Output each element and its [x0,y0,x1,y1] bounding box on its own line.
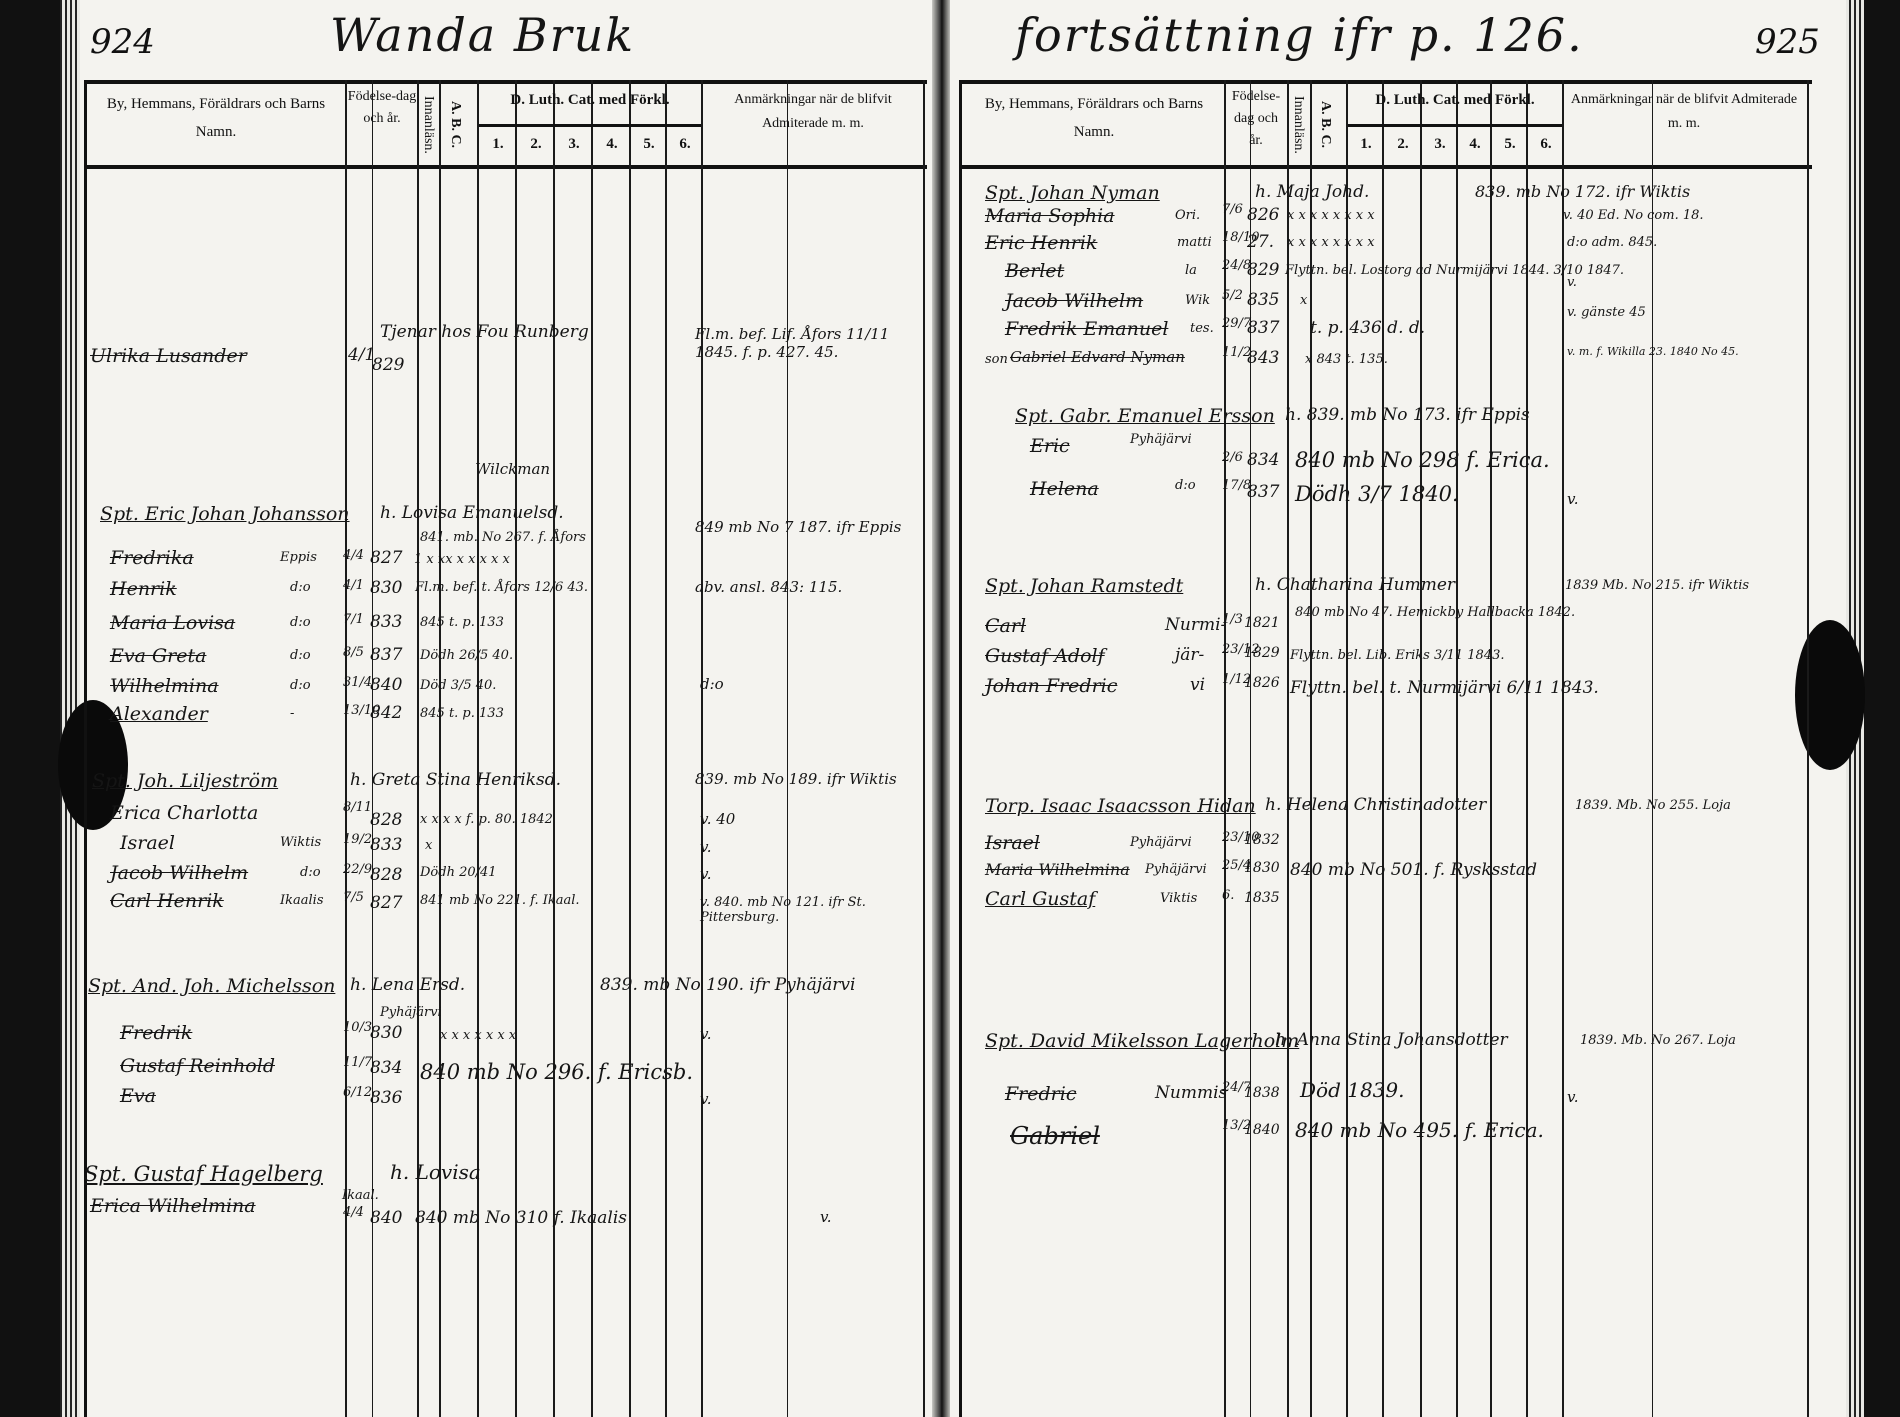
header-cat-1: 1. [479,136,517,153]
column-rule [1382,80,1384,1417]
birth-year: 834 [370,1058,402,1078]
entry-remark: 839. mb No 190. ifr Pyhäjärvi [600,975,855,995]
header-birth: Födelse-dag och år. [347,86,417,130]
entry-village: - [290,706,294,721]
entry-remark: v. [700,865,711,883]
entry-remark: v. [700,1090,711,1108]
entry-spouse: h. Lovisa [390,1160,481,1184]
header-cat-6: 6. [1528,136,1564,153]
column-rule [787,80,788,1417]
column-rule [1652,80,1653,1417]
entry-remark: 839. mb No 189. ifr Wiktis [695,770,915,788]
birth-year: 840 [370,1208,402,1228]
birth-day: 4/4 [343,548,364,563]
entry-village: Pyhäjärvi [1130,432,1192,447]
header-catechism: D. Luth. Cat. med Förkl. [1348,92,1562,109]
entry-village: jär- [1175,645,1204,665]
entry-remark: Fl.m. bef. Lif. Åfors 11/11 1845. f. p. … [695,325,915,361]
entry-village: Wik [1185,293,1210,308]
entry-marks: 840 mb No 47. Hemickby Hallbacka 1842. [1295,605,1575,620]
entry-marks: Flyttn. bel. Lib. Eriks 3/11 1843. [1290,648,1505,663]
column-rule [1807,80,1809,1417]
entry-marks: 1839. Mb. No 255. Loja [1575,798,1731,813]
column-rule [629,80,631,1417]
entry-village: Wiktis [280,835,321,850]
birth-year: 826 [1247,205,1279,225]
birth-day: 7/6 [1222,202,1243,217]
entry-name: Gabriel [1010,1122,1100,1150]
entry-name: Alexander [110,703,208,725]
entry-remark: d:o adm. 845. [1567,235,1657,250]
entry-marks: 840 mb No 298 f. Erica. [1295,448,1550,472]
birth-day: 6. [1222,888,1234,903]
birth-day: 4/4 [343,1205,364,1220]
entry-name: Israel [120,832,175,854]
entry-head: Spt. And. Joh. Michelsson [88,975,335,997]
entry-marks: Flyttn. bel. t. Nurmijärvi 6/11 1843. [1290,678,1599,698]
entry-name: Ulrika Lusander [90,345,247,367]
birth-year: 835 [1247,290,1279,310]
entry-marks: x x x x x x x x [1287,208,1375,223]
entry-marks: 841. mb. No 267. f. Åfors [420,530,586,545]
entry-marks: x 843 t. 135. [1305,352,1388,367]
entry-village: Viktis [1160,891,1197,906]
birth-year: 829 [372,355,404,375]
entry-remark: v. m. f. Wikilla 23. 1840 No 45. [1567,345,1739,358]
entry-remark: v. [700,1025,711,1043]
column-rule [1287,80,1289,1417]
entry-marks: Död 1839. [1300,1078,1405,1102]
entry-name: Gustaf Adolf [985,645,1105,667]
entry-name: Maria Sophia [985,205,1115,227]
birth-day: 8/11 [343,800,372,815]
header-bottom-rule [87,165,927,169]
entry-village: d:o [290,678,311,693]
entry-name: Jacob Wilhelm [1005,290,1143,312]
left-page: 924 Wanda Bruk By, Hemmans, Föräldrars o… [80,0,930,1417]
entry-head: Torp. Isaac Isaacsson Hidan [985,795,1256,817]
entry-name: Erica Wilhelmina [90,1195,256,1217]
column-rule [1420,80,1422,1417]
birth-year: 834 [1247,450,1279,470]
header-cat-5: 5. [631,136,667,153]
scan-edge-right [1864,0,1900,1417]
entry-spouse: h. Helena Christinadotter [1265,795,1486,815]
header-remarks: Anmärkningar när de blifvit Admiterade m… [703,88,923,136]
entry-name: Eric Henrik [985,232,1097,254]
entry-name: Carl [985,615,1026,637]
entry-marks: x [425,838,432,853]
column-rule [1526,80,1528,1417]
header-sub-rule [1348,124,1562,127]
birth-year: 843 [1247,348,1279,368]
entry-marks: Dödh 20/41 [420,865,497,880]
entry-head: Spt. Joh. Liljeström [92,770,278,792]
right-page: 925 fortsättning ifr p. 126. By, Hemmans… [955,0,1835,1417]
column-rule [1310,80,1312,1417]
entry-prefix: son [985,352,1008,367]
page-number: 925 [1755,22,1820,62]
entry-name: Carl Henrik [110,890,224,912]
header-cat-3: 3. [1422,136,1458,153]
birth-year: 1840 [1244,1122,1280,1138]
scan-edge-left [0,0,60,1417]
entry-head: Spt. Gustaf Hagelberg [84,1162,323,1186]
book-gutter [932,0,950,1417]
column-rule [1250,80,1251,1417]
header-remarks: Anmärkningar när de blifvit Admiterade m… [1564,88,1804,136]
entry-name: Israel [985,832,1040,854]
birth-day: 8/5 [343,645,364,660]
birth-year: 836 [370,1088,402,1108]
column-rule [1346,80,1348,1417]
entry-village: Ori. [1175,208,1200,223]
header-innanlasn: Innanläsn. [1290,88,1306,162]
birth-year: 828 [370,810,402,830]
header-cat-5: 5. [1492,136,1528,153]
entry-remark: v. [820,1208,831,1226]
entry-head: Spt. Eric Johan Johansson [100,503,350,525]
entry-marks: Dödh 26/5 40. [420,648,513,663]
entry-marks: x x x x x x x x [1287,235,1375,250]
entry-name: Wilhelmina [110,675,219,697]
entry-spouse: h. Lena Ersd. [350,975,465,995]
header-names: By, Hemmans, Föräldrars och Barns Namn. [91,90,341,146]
entry-name: Carl Gustaf [985,888,1095,910]
entry-remark: d:o [700,675,724,693]
header-sub-rule [479,124,701,127]
header-cat-6: 6. [667,136,703,153]
birth-day: 6/12 [343,1085,372,1100]
entry-remark: v. [1567,1088,1578,1106]
entry-name: Fredrik Emanuel [1005,318,1168,340]
page-number: 924 [90,22,155,62]
entry-name: Fredrik [120,1022,192,1044]
entry-marks: Tjenar hos Fou Runberg [380,322,589,342]
entry-spouse: h. Chatharina Hummer [1255,575,1455,595]
header-innanlasn: Innanläsn. [420,88,436,162]
entry-marks: 1839. Mb. No 267. Loja [1580,1033,1736,1048]
entry-village: d:o [300,865,321,880]
entry-marks: 840 mb No 310 f. Ikaalis [415,1208,627,1228]
entry-village: Ikaal. [342,1188,379,1203]
birth-day: 2/6 [1222,450,1243,465]
header-catechism: D. Luth. Cat. med Förkl. [479,92,701,109]
entry-name: Berlet [1005,260,1064,282]
column-rule [1456,80,1458,1417]
entry-village: la [1185,263,1197,278]
entry-marks: 845 t. p. 133 [420,706,504,721]
birth-year: 1821 [1244,615,1280,631]
page-title-handwritten: fortsättning ifr p. 126. [1015,8,1584,62]
entry-village: Eppis [280,550,317,565]
entry-name: Henrik [110,578,177,600]
header-cat-2: 2. [1384,136,1422,153]
entry-remark: 849 mb No 7 187. ifr Eppis [695,518,915,536]
entry-remark: v. 40 [700,810,735,828]
entry-head: Spt. David Mikelsson Lagerholm [985,1030,1299,1052]
birth-year: 1838 [1244,1085,1280,1101]
birth-year: 833 [370,612,402,632]
page-title-handwritten: Wanda Bruk [330,8,635,62]
entry-marks: 840 mb No 501. f. Rysksstad [1290,860,1537,880]
entry-marks: 839. mb No 172. ifr Wiktis [1475,182,1690,201]
entry-village: Pyhäjärvi [1130,835,1192,850]
entry-marks: 1 x xx x x x x x [414,552,510,567]
entry-remark: v. [1567,275,1577,290]
header-top-rule [962,80,1812,84]
entry-name: Maria Lovisa [110,612,235,634]
birth-day: 10/3 [343,1020,372,1035]
birth-day: 4/1 [343,578,364,593]
birth-year: 837 [370,645,402,665]
entry-name: Gabriel Edvard Nyman [1010,348,1185,366]
header-cat-4: 4. [593,136,631,153]
entry-marks: x x x x f. p. 80. 1842 [420,812,553,827]
entry-spouse: h. 839. mb No 173. ifr Eppis [1285,405,1530,425]
entry-remark: v. [700,838,711,856]
birth-year: 837 [1247,482,1279,502]
entry-remark: v. 840. mb No 121. ifr St. Pittersburg. [700,895,910,925]
entry-spouse: h. Greta Stina Henriksd. [350,770,561,790]
header-cat-3: 3. [555,136,593,153]
birth-year: 833 [370,835,402,855]
entry-remark: v. 40 Ed. No com. 18. [1563,208,1704,223]
birth-day: 7/1 [343,612,364,627]
entry-village: d:o [290,648,311,663]
entry-village: Ikaalis [280,893,324,908]
entry-name: Johan Fredric [985,675,1117,697]
entry-village: Pyhäjärvi [1145,862,1207,877]
header-abc: A. B. C. [447,90,463,160]
entry-remark: abv. ansl. 843: 115. [695,578,842,596]
entry-village: Nummis [1155,1083,1227,1103]
entry-name: Gustaf Reinhold [120,1055,275,1077]
entry-village: Pyhäjärvi [380,1005,442,1020]
birth-day: 31/4 [343,675,372,690]
entry-village: tes. [1190,321,1214,336]
column-rule [923,80,925,1417]
entry-village: matti [1177,235,1212,250]
entry-head: Spt. Johan Ramstedt [985,575,1183,597]
birth-day: 7/5 [343,890,364,905]
entry-head: Spt. Gabr. Emanuel Ersson [1015,405,1275,427]
entry-name: Helena [1030,478,1099,500]
birth-year: 1830 [1244,860,1280,876]
birth-year: 828 [370,865,402,885]
entry-village: d:o [290,615,311,630]
birth-year: 827 [370,893,402,913]
birth-day: 22/9 [343,862,372,877]
birth-year: 1835 [1244,890,1280,906]
header-top-rule [87,80,927,84]
birth-day: 11/7 [343,1055,372,1070]
entry-marks: t. p. 436 d. d. [1310,318,1425,338]
column-rule [1490,80,1492,1417]
entry-marks: 1839 Mb. No 215. ifr Wiktis [1565,578,1749,593]
birth-year: 829 [1247,260,1279,280]
column-rule [1224,80,1226,1417]
entry-marks: 845 t. p. 133 [420,615,504,630]
entry-name: Eric [1030,435,1070,457]
entry-name: Erica Charlotta [110,802,258,824]
column-rule [701,80,703,1417]
entry-head: Spt. Johan Nyman [985,182,1160,204]
header-bottom-rule [962,165,1812,169]
entry-marks: 840 mb No 495. f. Erica. [1295,1118,1544,1142]
entry-marks: Död 3/5 40. [420,678,496,693]
entry-spouse: h. Lovisa Emanuelsd. [380,503,564,523]
column-rule [1562,80,1564,1417]
entry-village: d:o [290,580,311,595]
birth-year: 837 [1247,318,1279,338]
register-spread: 924 Wanda Bruk By, Hemmans, Föräldrars o… [0,0,1900,1417]
birth-year: 1826 [1244,675,1280,691]
entry-marks: x x x x x x x [440,1028,516,1043]
register-form-right: By, Hemmans, Föräldrars och Barns Namn. … [959,80,1812,1417]
column-rule [665,80,667,1417]
annotation: Wilckman [475,460,550,478]
entry-marks: 841 mb No 221. f. Ikaal. [420,893,580,908]
header-cat-2: 2. [517,136,555,153]
entry-remark: v. gänste 45 [1567,305,1646,320]
header-birth: Födelse-dag och år. [1226,86,1286,152]
birth-day: 5/2 [1222,288,1243,303]
entry-name: Eva [120,1085,156,1107]
birth-year: 27. [1247,232,1274,252]
entry-name: Fredrika [110,547,194,569]
entry-marks: Dödh 3/7 1840. [1295,482,1459,506]
header-names: By, Hemmans, Föräldrars och Barns Namn. [966,90,1222,146]
entry-village: vi [1190,675,1205,695]
entry-marks: 840 mb No 296. f. Ericsb. [420,1060,693,1084]
header-cat-4: 4. [1458,136,1492,153]
entry-remark: v. [1567,490,1578,508]
entry-village: d:o [1175,478,1196,493]
birth-day: 1/3 [1222,612,1243,627]
entry-marks: Fl.m. bef. t. Åfors 12/6 43. [415,580,588,595]
entry-spouse: h. Maja Johd. [1255,182,1369,202]
entry-name: Eva Greta [110,645,206,667]
birth-year: 1832 [1244,832,1280,848]
birth-day: 19/2 [343,832,372,847]
entry-marks: x [1300,293,1307,308]
entry-village: Nurmi- [1165,615,1226,635]
birth-year: 830 [370,578,402,598]
header-cat-1: 1. [1348,136,1384,153]
entry-spouse: h. Anna Stina Johansdotter [1275,1030,1508,1050]
entry-name: Maria Wilhelmina [985,860,1130,879]
birth-year: 1829 [1244,645,1280,661]
entry-name: Fredric [1005,1083,1076,1105]
birth-year: 840 [370,675,402,695]
entry-name: Jacob Wilhelm [110,862,248,884]
header-abc: A. B. C. [1317,90,1333,160]
birth-year: 842 [370,703,402,723]
birth-year: 827 [370,548,402,568]
birth-year: 830 [370,1023,402,1043]
